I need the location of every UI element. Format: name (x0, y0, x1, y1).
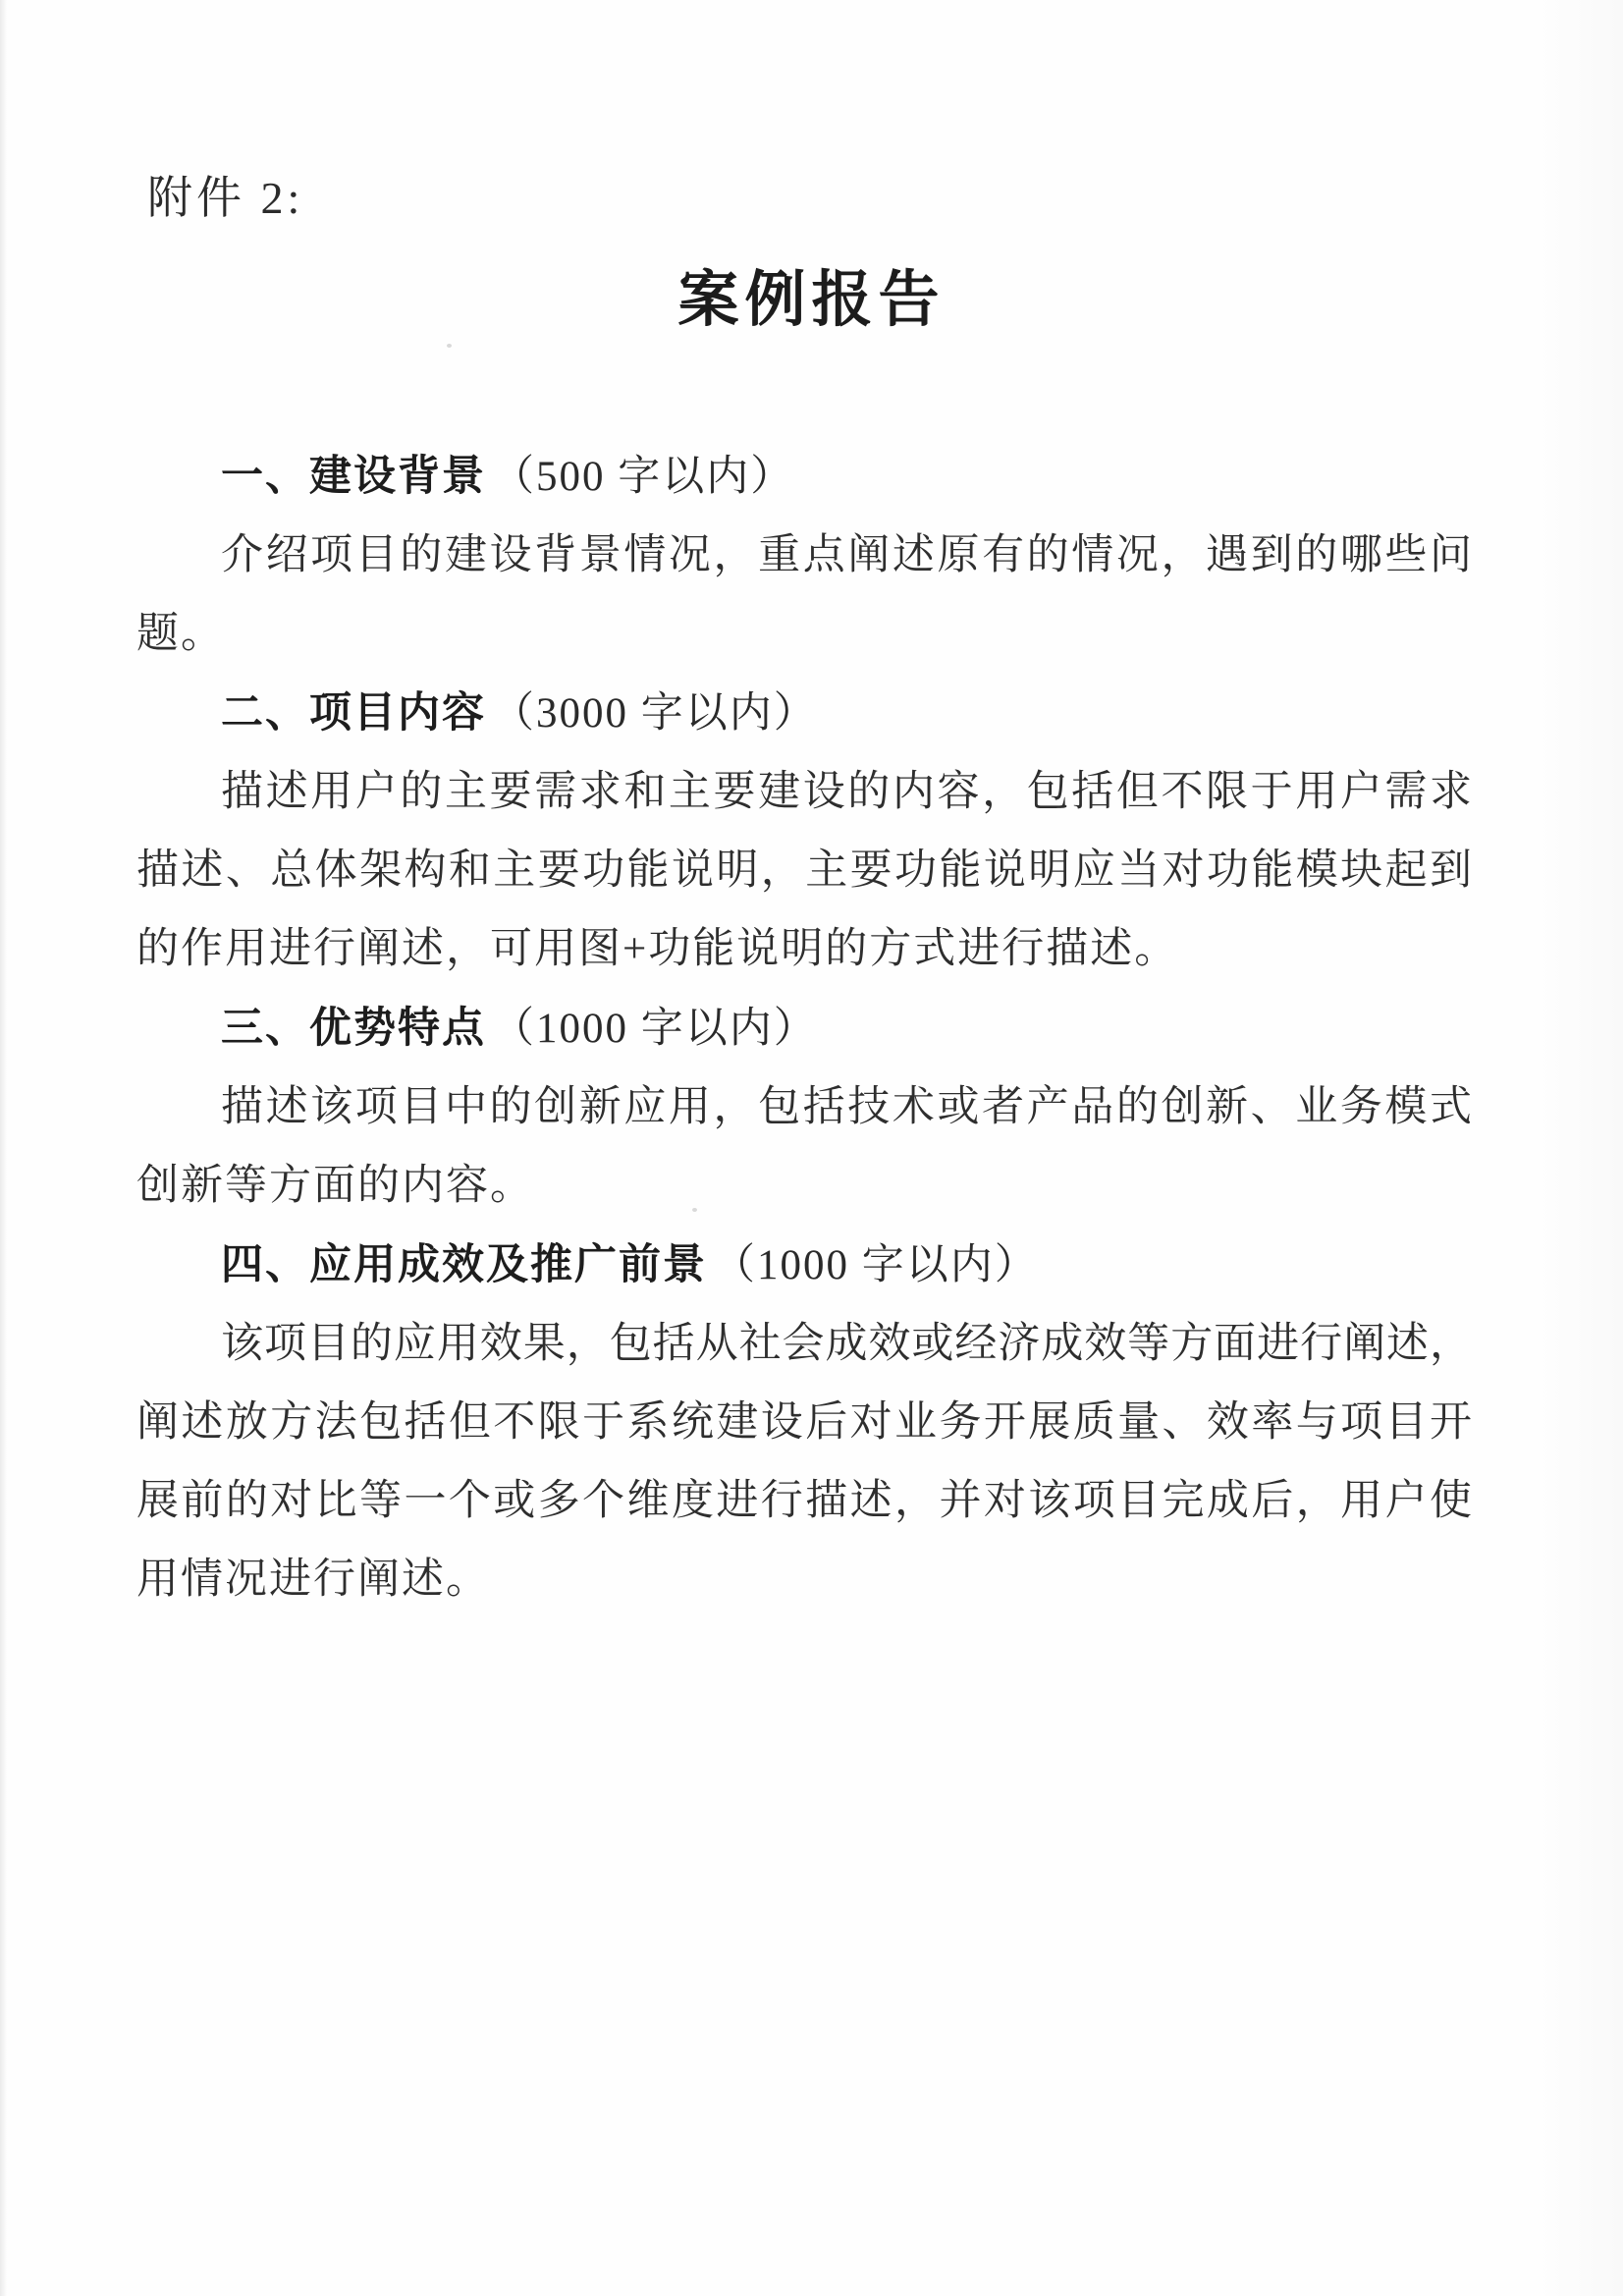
document-title: 案例报告 (0, 255, 1623, 346)
body-line: 创新等方面的内容。 (136, 1147, 1472, 1226)
section-heading: 四、应用成效及推广前景（1000 字以内） (136, 1226, 1472, 1305)
word-limit-note: （1000 字以内） (713, 1242, 1039, 1288)
body-line: 介绍项目的建设背景情况，重点阐述原有的情况，遇到的哪些问 (136, 517, 1472, 595)
section-heading-title: 三、优势特点 (221, 1005, 486, 1052)
body-line: 用情况进行阐述。 (136, 1541, 1472, 1619)
attachment-label: 附件 2: (147, 169, 303, 228)
document-body: 一、建设背景（500 字以内）介绍项目的建设背景情况，重点阐述原有的情况，遇到的… (136, 437, 1472, 1619)
body-line: 该项目的应用效果，包括从社会成效或经济成效等方面进行阐述， (136, 1305, 1472, 1384)
body-line: 的作用进行阐述，可用图+功能说明的方式进行描述。 (136, 910, 1472, 989)
word-limit-note: （500 字以内） (492, 454, 794, 500)
word-limit-note: （1000 字以内） (492, 1006, 818, 1052)
section-heading-title: 一、建设背景 (221, 453, 486, 500)
body-line: 描述该项目中的创新应用，包括技术或者产品的创新、业务模式 (136, 1068, 1472, 1147)
word-limit-note: （3000 字以内） (492, 690, 818, 737)
section-heading: 一、建设背景（500 字以内） (136, 437, 1472, 517)
section-heading: 三、优势特点（1000 字以内） (136, 989, 1472, 1068)
section-heading: 二、项目内容（3000 字以内） (136, 674, 1472, 753)
body-line: 阐述放方法包括但不限于系统建设后对业务开展质量、效率与项目开 (136, 1384, 1472, 1462)
body-line: 描述用户的主要需求和主要建设的内容，包括但不限于用户需求 (136, 753, 1472, 832)
section-heading-title: 四、应用成效及推广前景 (221, 1241, 707, 1288)
body-line: 题。 (136, 595, 1472, 674)
body-line: 展前的对比等一个或多个维度进行描述，并对该项目完成后，用户使 (136, 1462, 1472, 1541)
document-page: 附件 2: 案例报告 一、建设背景（500 字以内）介绍项目的建设背景情况，重点… (0, 0, 1623, 2296)
body-line: 描述、总体架构和主要功能说明，主要功能说明应当对功能模块起到 (136, 832, 1472, 910)
section-heading-title: 二、项目内容 (221, 689, 486, 737)
